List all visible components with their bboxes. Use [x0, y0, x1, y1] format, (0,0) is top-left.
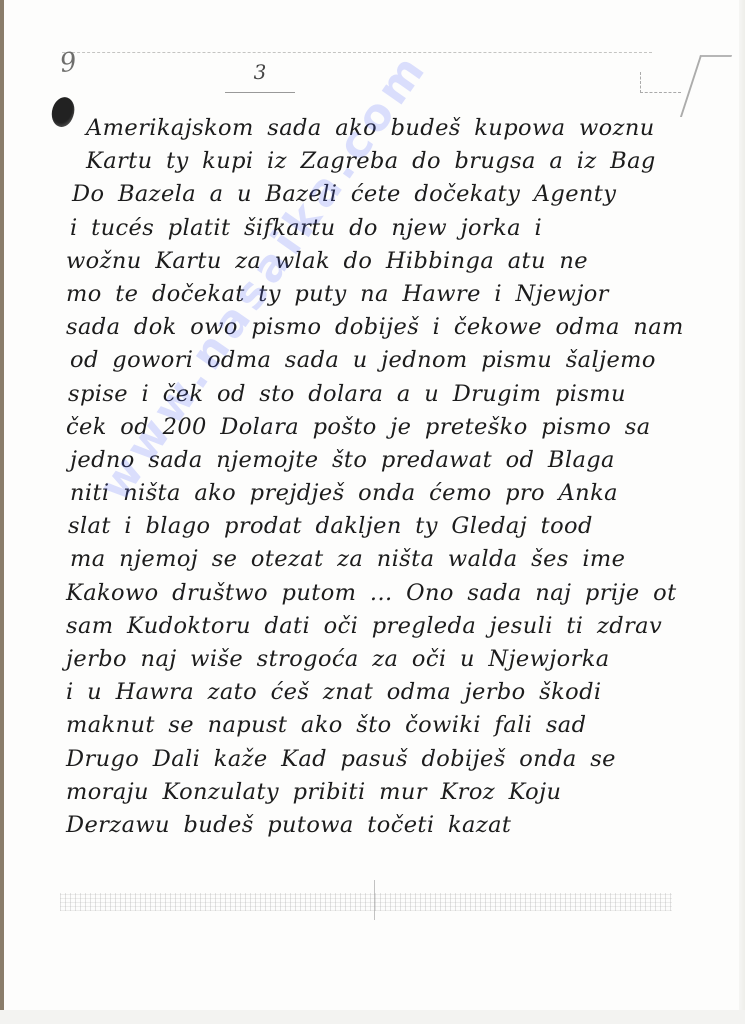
handwritten-line: sada dok owo pismo dobiješ i čekowe odma…: [66, 311, 736, 344]
corner-scrawl-secondary: [640, 72, 681, 93]
scan-bottom-band: [0, 1010, 745, 1024]
handwritten-line: spise i ček od sto dolara a u Drugim pis…: [66, 378, 736, 411]
handwritten-line: Derzawu budeš putowa točeti kazat: [66, 809, 736, 842]
handwritten-line: sam Kudoktoru dati oči pregleda jesuli t…: [66, 610, 736, 643]
handwritten-line: Do Bazela a u Bazeli ćete dočekaty Agent…: [66, 178, 736, 211]
handwritten-line: maknut se napust ako što čowiki fali sad: [66, 709, 736, 742]
handwritten-line: ma njemoj se otezat za ništa walda šes i…: [66, 543, 736, 576]
scan-noise-band: [60, 893, 672, 911]
handwritten-line: Kakowo društwo putom ... Ono sada naj pr…: [66, 577, 736, 610]
handwritten-line: i u Hawra zato ćeš znat odma jerbo škodi: [66, 676, 736, 709]
handwritten-line: niti ništa ako prejdješ onda ćemo pro An…: [66, 477, 736, 510]
corner-scrawl: [680, 55, 732, 117]
handwritten-line: wožnu Kartu za wlak do Hibbinga atu ne: [66, 245, 736, 278]
scan-right-edge: [739, 0, 745, 1024]
handwritten-line: i tucés platit šifkartu do njew jorka i: [66, 212, 736, 245]
handwritten-line: moraju Konzulaty pribiti mur Kroz Koju: [66, 776, 736, 809]
handwritten-line: ček od 200 Dolara pošto je preteško pism…: [66, 411, 736, 444]
page-number-underline: [225, 92, 295, 93]
handwritten-line: jedno sada njemojte što predawat od Blag…: [66, 444, 736, 477]
handwritten-line: Drugo Dali kaže Kad pasuš dobiješ onda s…: [66, 743, 736, 776]
handwritten-line: jerbo naj wiše strogoća za oči u Njewjor…: [66, 643, 736, 676]
scan-left-edge: [0, 0, 4, 1024]
fold-line: [374, 880, 375, 920]
handwritten-letter-body: Amerikajskom sada ako budeš kupowa woznu…: [66, 112, 736, 842]
handwritten-line: Amerikajskom sada ako budeš kupowa woznu: [66, 112, 736, 145]
handwritten-line: od gowori odma sada u jednom pismu šalje…: [66, 344, 736, 377]
scanned-letter-page: 9 3 Amerikajskom sada ako budeš kupowa w…: [0, 0, 745, 1024]
handwritten-line: slat i blago prodat dakljen ty Gledaj to…: [66, 510, 736, 543]
page-number: 3: [240, 60, 280, 84]
handwritten-line: mo te dočekat ty puty na Hawre i Njewjor: [66, 278, 736, 311]
faded-header-marks: [62, 52, 652, 67]
handwritten-line: Kartu ty kupi iz Zagreba do brugsa a iz …: [66, 145, 736, 178]
